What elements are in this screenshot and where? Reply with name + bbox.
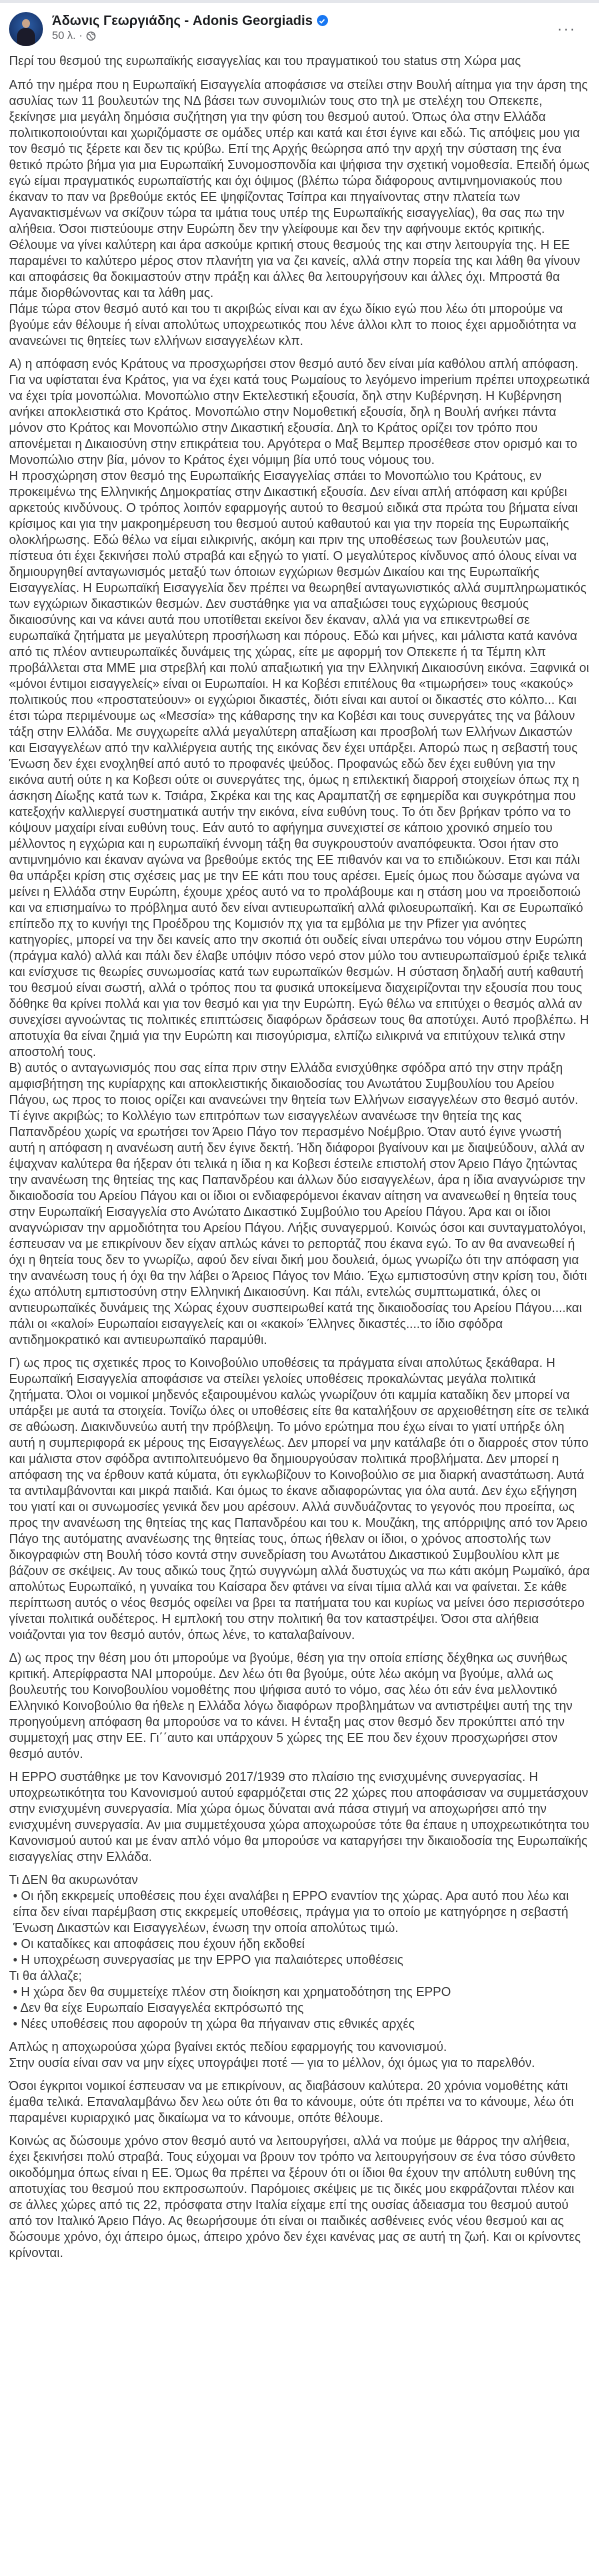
post-meta: Άδωνις Γεωργιάδης - Adonis Georgiadis 50… bbox=[52, 12, 328, 42]
verified-badge-icon bbox=[317, 15, 328, 26]
list-item: Η υποχρέωση συνεργασίας με την ΕΡΡΟ για … bbox=[9, 1952, 590, 1968]
post-paragraph: Όσοι έγκριτοι νομικοί έσπευσαν να με επι… bbox=[9, 2078, 590, 2126]
post-header: Άδωνις Γεωργιάδης - Adonis Georgiadis 50… bbox=[9, 3, 590, 53]
author-row: Άδωνις Γεωργιάδης - Adonis Georgiadis bbox=[52, 12, 328, 29]
facebook-post: Άδωνις Γεωργιάδης - Adonis Georgiadis 50… bbox=[0, 3, 599, 2261]
post-paragraph: Κοινώς ας δώσουμε χρόνο στον θεσμό αυτό … bbox=[9, 2133, 590, 2261]
list-item: Δεν θα είχε Ευρωπαίο Εισαγγελέα εκπρόσωπ… bbox=[9, 2000, 590, 2016]
author-name[interactable]: Άδωνις Γεωργιάδης - Adonis Georgiadis bbox=[52, 13, 313, 28]
more-options-button[interactable]: ··· bbox=[557, 21, 576, 39]
separator-dot: · bbox=[79, 30, 83, 42]
list-item: Νέες υποθέσεις που αφορούν τη χώρα θα πή… bbox=[9, 2016, 590, 2032]
avatar-body bbox=[17, 28, 35, 46]
post-paragraph: Α) η απόφαση ενός Κράτους να προσχωρήσει… bbox=[9, 356, 590, 1348]
closing-paragraphs: Απλώς η αποχωρούσα χώρα βγαίνει εκτός πε… bbox=[9, 2039, 590, 2261]
post-paragraph: Δ) ως προς την θέση μου ότι μπορούμε να … bbox=[9, 1650, 590, 1762]
not-cancelled-heading: Τι ΔΕΝ θα ακυρωνόταν bbox=[9, 1872, 590, 1888]
post-paragraph: Από την ημέρα που η Ευρωπαϊκή Εισαγγελία… bbox=[9, 77, 590, 349]
list-item: Η χώρα δεν θα συμμετείχε πλέον στη διοίκ… bbox=[9, 1984, 590, 2000]
post-content: Περί του θεσμού της ευρωπαϊκής εισαγγελί… bbox=[9, 53, 590, 2261]
post-time[interactable]: 50 λ. bbox=[52, 30, 76, 42]
post-title: Περί του θεσμού της ευρωπαϊκής εισαγγελί… bbox=[9, 53, 590, 69]
author-avatar[interactable] bbox=[9, 12, 43, 46]
avatar-head bbox=[22, 19, 30, 28]
would-change-list: Η χώρα δεν θα συμμετείχε πλέον στη διοίκ… bbox=[9, 1984, 590, 2032]
post-subline: 50 λ. · bbox=[52, 30, 328, 42]
post-paragraph: Γ) ως προς τις σχετικές προς το Κοινοβού… bbox=[9, 1355, 590, 1643]
globe-icon[interactable] bbox=[86, 31, 96, 41]
would-change-heading: Τι θα άλλαζε; bbox=[9, 1968, 590, 1984]
not-cancelled-list: Οι ήδη εκκρεμείς υποθέσεις που έχει αναλ… bbox=[9, 1888, 590, 1968]
list-item: Οι ήδη εκκρεμείς υποθέσεις που έχει αναλ… bbox=[9, 1888, 590, 1936]
list-item: Οι καταδίκες και αποφάσεις που έχουν ήδη… bbox=[9, 1936, 590, 1952]
post-paragraphs: Από την ημέρα που η Ευρωπαϊκή Εισαγγελία… bbox=[9, 77, 590, 1865]
post-paragraph: Απλώς η αποχωρούσα χώρα βγαίνει εκτός πε… bbox=[9, 2039, 590, 2071]
post-paragraph: Η ΕΡΡΟ συστάθηκε με τον Κανονισμό 2017/1… bbox=[9, 1769, 590, 1865]
